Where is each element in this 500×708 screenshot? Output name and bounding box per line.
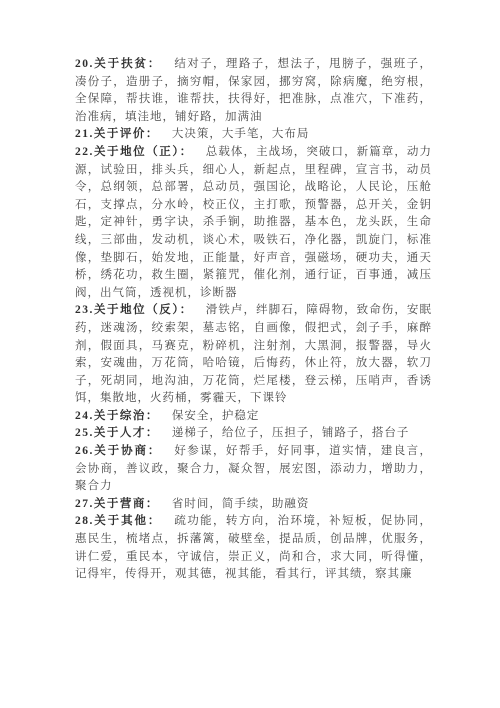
section-terms: 省时间，简手续，助融资 — [172, 498, 310, 510]
section-terms: 递梯子，给位子，压担子，铺路子，搭台子 — [172, 427, 410, 439]
section-heading: 22.关于地位（正）： — [75, 146, 193, 158]
section-terms: 大决策，大手笔，大布局 — [172, 128, 310, 140]
section: 26.关于协商：好参谋，好帮手，好同事，道实情，建良言，会协商，善议政，聚合力，… — [75, 443, 432, 496]
section: 22.关于地位（正）：总载体，主战场，突破口，新篇章，动力源，试验田，排头兵，细… — [75, 144, 432, 302]
section: 27.关于营商：省时间，简手续，助融资 — [75, 496, 432, 514]
section-heading: 24.关于综治： — [75, 410, 159, 422]
section-heading: 25.关于人才： — [75, 427, 159, 439]
section-heading: 28.关于其他： — [75, 515, 161, 527]
section-heading: 21.关于评价： — [75, 128, 159, 140]
section: 24.关于综治：保安全，护稳定 — [75, 408, 432, 426]
section: 28.关于其他：疏功能，转方向，治环境，补短板，促协同，惠民生，梳堵点，拆藩篱，… — [75, 513, 432, 583]
section: 21.关于评价：大决策，大手笔，大布局 — [75, 126, 432, 144]
section: 23.关于地位（反）：滑铁卢，绊脚石，障碍物，致命伤，安眠药，迷魂汤，绞索架，墓… — [75, 302, 432, 408]
section-heading: 27.关于营商： — [75, 498, 159, 510]
section-terms: 保安全，护稳定 — [172, 410, 260, 422]
section-heading: 26.关于协商： — [75, 445, 161, 457]
section: 25.关于人才：递梯子，给位子，压担子，铺路子，搭台子 — [75, 425, 432, 443]
section-heading: 23.关于地位（反）： — [75, 304, 193, 316]
section: 20.关于扶贫：结对子，理路子，想法子，甩膀子，强班子，凑份子，造册子，摘穷帽，… — [75, 56, 432, 126]
section-heading: 20.关于扶贫： — [75, 58, 161, 70]
section-terms: 总载体，主战场，突破口，新篇章，动力源，试验田，排头兵，细心人，新起点，里程碑，… — [75, 146, 432, 299]
section-terms: 滑铁卢，绊脚石，障碍物，致命伤，安眠药，迷魂汤，绞索架，墓志铭，自画像，假把式，… — [75, 304, 432, 404]
document-content: 20.关于扶贫：结对子，理路子，想法子，甩膀子，强班子，凑份子，造册子，摘穷帽，… — [75, 56, 432, 584]
document-page: 20.关于扶贫：结对子，理路子，想法子，甩膀子，强班子，凑份子，造册子，摘穷帽，… — [0, 0, 500, 708]
